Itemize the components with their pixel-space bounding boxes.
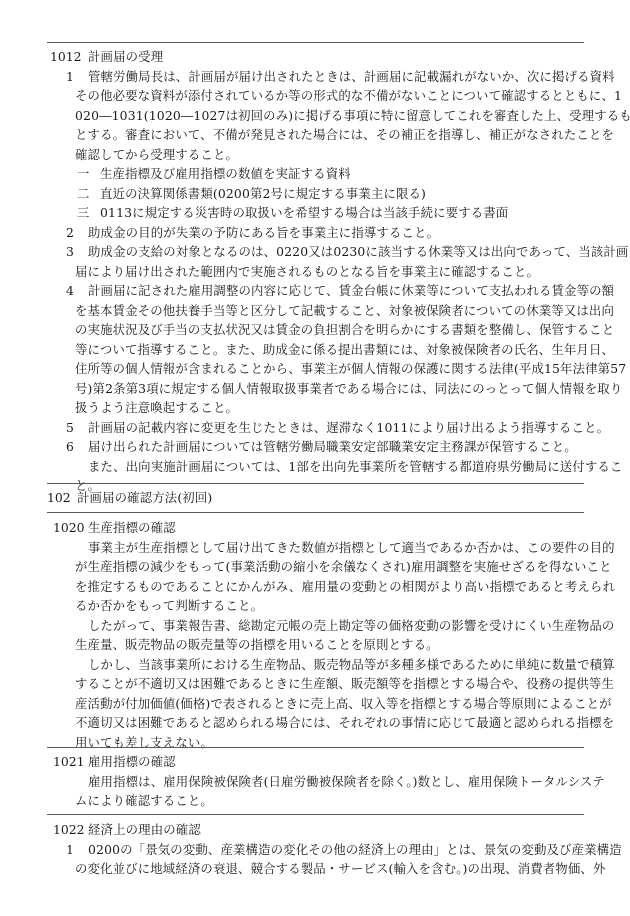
section-title: 雇用指標の確認 (88, 752, 176, 772)
section-number: 1022 (53, 820, 85, 840)
item-text-line: 0200の「景気の変動、産業構造の変化その他の経済上の理由」とは、景気の変動及び… (88, 840, 622, 860)
divider (47, 747, 584, 748)
paragraph-line: 不適切又は困難であると認められる場合には、それぞれの事情に応じて最適と認められる… (75, 713, 614, 733)
paragraph-line: することが不適切又は困難であるときに生産額、販売額等を指標とする場合や、役務の提… (75, 674, 614, 694)
section-number: 102 (47, 488, 71, 508)
item-text-line: 020―1031(1020―1027は初回のみ)に掲げる事項に特に留意してこれを… (75, 106, 630, 126)
item-text-line: 届け出られた計画届については管轄労働局職業安定部職業安定主務課が保管すること。 (88, 437, 577, 457)
item-number: 2 (66, 223, 74, 243)
item-text-line: その他必要な資料が添付されているか等の形式的な不備がないことについて確認するとと… (75, 86, 622, 106)
item-number: 3 (66, 242, 74, 262)
paragraph-line: 用いても差し支えない。 (75, 733, 213, 753)
paragraph-line: が生産指標の減少をもって(事業活動の縮小を余儀なくされ)雇用調整を実施せざるを得… (75, 557, 612, 577)
divider (47, 814, 584, 815)
item-text-line: また、出向実施計画届については、1部を出向先事業所を管轄する都道府県労働局に送付… (88, 457, 623, 477)
item-text-line: を基本賃金その他扶養手当等と区分して記載すること、対象被保険者についての休業等又… (75, 301, 614, 321)
section-title: 計画届の受理 (88, 47, 163, 67)
item-text-line: 管轄労働局長は、計画届が届け出されたときは、計画届に記載漏れがないか、次に掲げる… (88, 67, 615, 87)
subitem-text: 生産指標及び雇用指標の数値を実証する資料 (100, 164, 351, 184)
document-page: 1012 計画届の受理 1 管轄労働局長は、計画届が届け出されたときは、計画届に… (0, 0, 630, 916)
divider (47, 512, 584, 513)
item-text-line: 扱うよう注意喚起すること。 (75, 398, 238, 418)
item-text-line: 助成金の支給の対象となるのは、0220又は0230に該当する休業等又は出向であっ… (88, 242, 628, 262)
item-number: 6 (66, 437, 74, 457)
subitem-number: 三 (77, 203, 89, 223)
subitem-text: 直近の決算関係書類(0200第2号に規定する事業主に限る) (100, 184, 426, 204)
item-number: 5 (66, 418, 74, 438)
paragraph-line: しかし、当該事業所における生産物品、販売物品等が多種多様であるために単純に数量で… (88, 655, 615, 675)
item-text-line: 届により届け出された範囲内で実施されるものとなる旨を事業主に確認すること。 (75, 262, 539, 282)
paragraph-line: を推定するものであることにかんがみ、雇用量の変動との相関がより高い指標であると考… (75, 577, 615, 597)
subitem-number: 一 (77, 164, 89, 184)
paragraph-line: 生産量、販売物品の販売量等の指標を用いることを原則とする。 (75, 635, 439, 655)
item-text-line: 計画届の記載内容に変更を生じたときは、遅滞なく1011により届け出るよう指導する… (88, 418, 609, 438)
paragraph-line: 雇用指標は、雇用保険被保険者(日雇労働被保険者を除く。)数とし、雇用保険トータル… (88, 772, 605, 792)
section-title: 生産指標の確認 (88, 518, 176, 538)
subitem-text: 0113に規定する災害時の取扱いを希望する場合は当該手続に要する書面 (100, 203, 508, 223)
subitem-number: 二 (77, 184, 89, 204)
divider-top (47, 42, 584, 43)
paragraph-line: 事業主が生産指標として届け出てきた数値が指標として適当であるか否かは、この要件の… (88, 538, 615, 558)
item-text-line: 住所等の個人情報が含まれることから、事業主が個人情報の保護に関する法律(平成15… (75, 359, 626, 379)
item-text-line: 号)第2条第3項に規定する個人情報取扱事業者である場合には、同法にのっとって個人… (75, 379, 622, 399)
item-text-line: 助成金の目的が失業の予防にある旨を事業主に指導すること。 (88, 223, 439, 243)
item-text-line: の実施状況及び手当の支払状況又は賃金の負担割合を明らかにする書類を整備し、保管す… (75, 320, 614, 340)
section-title: 経済上の理由の確認 (88, 820, 201, 840)
item-text-line: 確認してから受理すること。 (75, 145, 238, 165)
item-number: 1 (66, 840, 74, 860)
section-number: 1021 (53, 752, 85, 772)
section-number: 1012 (50, 47, 82, 67)
item-number: 1 (66, 67, 74, 87)
divider (47, 483, 584, 484)
item-text-line: の変化並びに地域経済の衰退、競合する製品・サービス(輸入を含む。)の出現、消費者… (75, 859, 605, 879)
section-number: 1020 (53, 518, 85, 538)
paragraph-line: したがって、事業報告書、総勘定元帳の売上勘定等の価格変動の影響を受けにくい生産物… (88, 616, 614, 636)
item-number: 4 (66, 281, 74, 301)
paragraph-line: 産活動が付加価値(価格)で表されるときに売上高、収入等を指標とする場合等原則によ… (75, 694, 612, 714)
paragraph-line: るか否かをもって判断すること。 (75, 596, 263, 616)
paragraph-line: ムにより確認すること。 (75, 791, 213, 811)
item-text-line: とする。審査において、不備が発見された場合には、その補正を指導し、補正がなされた… (75, 125, 614, 145)
item-text-line: 計画届に記された雇用調整の内容に応じて、賃金台帳に休業等について支払われる賃金等… (88, 281, 614, 301)
item-text-line: 等について指導すること。また、助成金に係る提出書類には、対象被保険者の氏名、生年… (75, 340, 614, 360)
section-title: 計画届の確認方法(初回) (77, 488, 212, 508)
